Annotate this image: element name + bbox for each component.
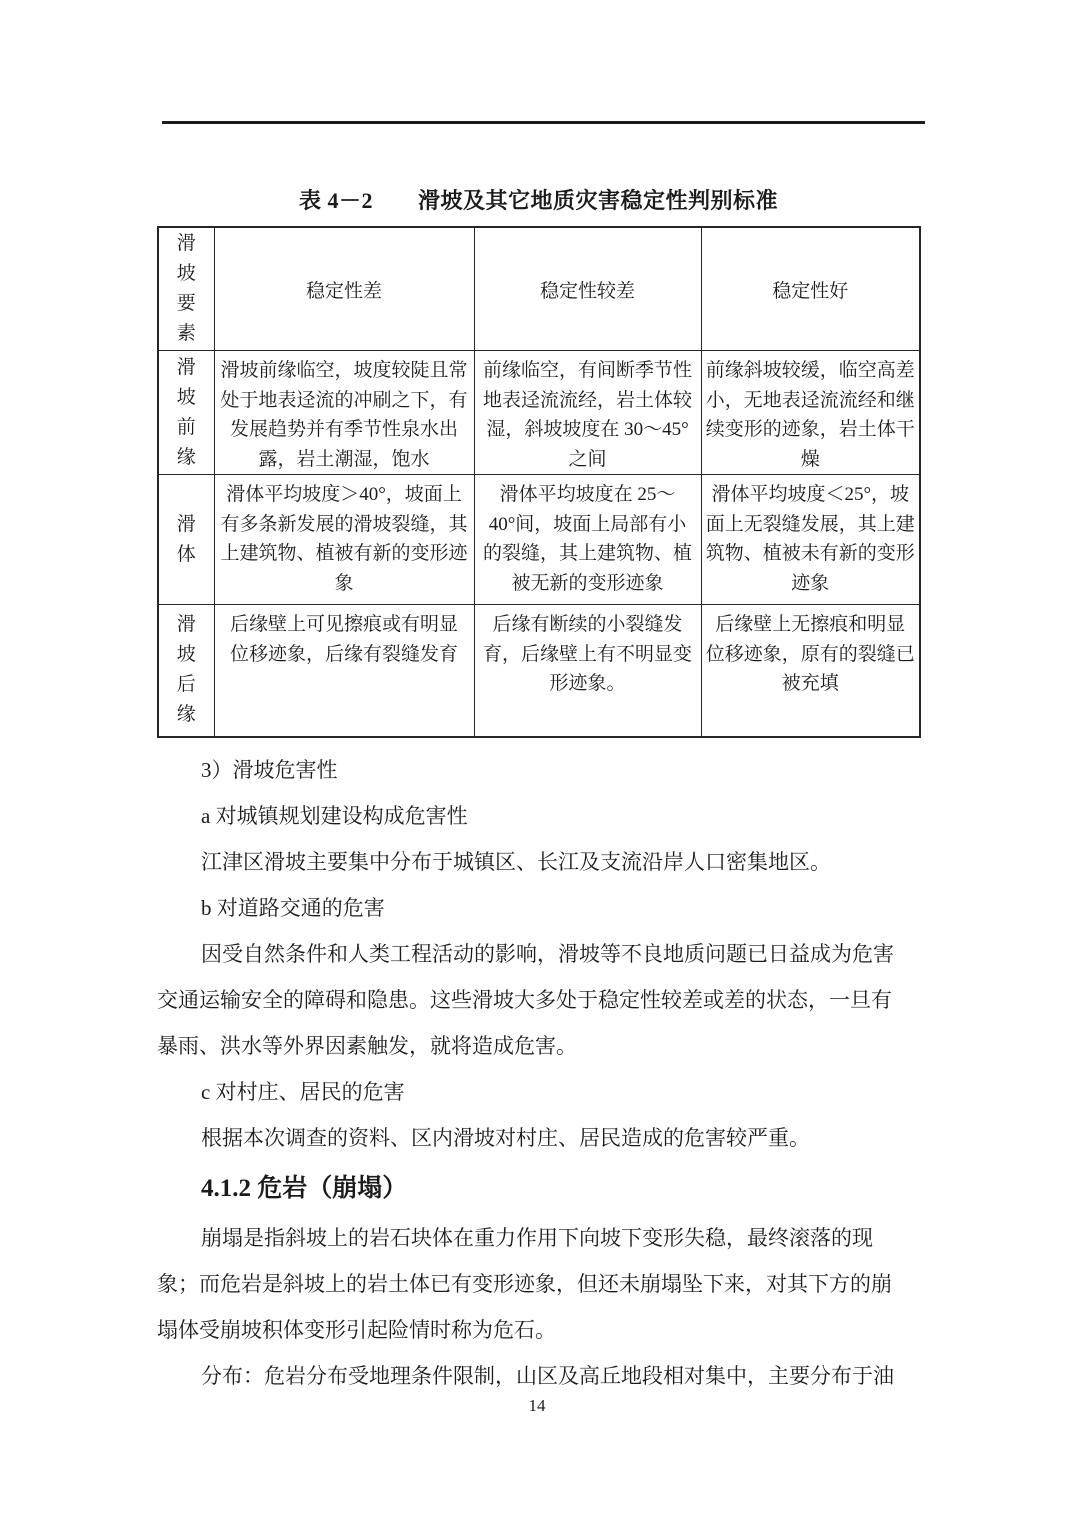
cell-front-edge-fair: 前缘临空，有间断季节性 地表迳流流经，岩土体较 湿，斜坡坡度在 30～45° 之… [474,351,701,475]
paragraph-village-hazard: 根据本次调查的资料、区内滑坡对村庄、居民造成的危害较严重。 [157,1115,920,1161]
cell-slide-body-poor: 滑体平均坡度＞40°，坡面上 有多条新发展的滑坡裂缝，其 上建筑物、植被有新的变… [214,475,474,605]
paragraph-traffic-hazard: 因受自然条件和人类工程活动的影响，滑坡等不良地质问题已日益成为危害 交通运输安全… [157,931,920,1069]
cell-front-edge-poor: 滑坡前缘临空，坡度较陡且常 处于地表迳流的冲刷之下，有 发展趋势并有季节性泉水出… [214,351,474,475]
paragraph-item-c: c 对村庄、居民的危害 [157,1069,920,1115]
paragraph-town-distribution: 江津区滑坡主要集中分布于城镇区、长江及支流沿岸人口密集地区。 [157,839,920,885]
paragraph-collapse-definition: 崩塌是指斜坡上的岩石块体在重力作用下向坡下变形失稳，最终滚落的现 象；而危岩是斜… [157,1215,920,1353]
paragraph-distribution: 分布：危岩分布受地理条件限制，山区及高丘地段相对集中，主要分布于油 [157,1353,920,1399]
page-number: 14 [0,1396,1074,1416]
header-cell-stability-poor: 稳定性差 [214,227,474,351]
cell-slide-body-fair: 滑体平均坡度在 25～ 40°间，坡面上局部有小 的裂缝，其上建筑物、植 被无新… [474,475,701,605]
row-label-front-edge: 滑 坡 前 缘 [158,351,214,475]
table-row-rear-edge: 滑 坡 后 缘 后缘壁上可见擦痕或有明显 位移迹象，后缘有裂缝发育 后缘有断续的… [158,605,920,737]
cell-front-edge-good: 前缘斜坡较缓，临空高差 小，无地表迳流流经和继 续变形的迹象，岩土体干 燥 [701,351,920,475]
header-cell-slope-elements: 滑 坡 要 素 [158,227,214,351]
paragraph-item-b: b 对道路交通的危害 [157,885,920,931]
cell-slide-body-good: 滑体平均坡度＜25°，坡 面上无裂缝发展，其上建 筑物、植被未有新的变形 迹象 [701,475,920,605]
cell-rear-edge-poor: 后缘壁上可见擦痕或有明显 位移迹象，后缘有裂缝发育 [214,605,474,737]
paragraph-item-a: a 对城镇规划建设构成危害性 [157,793,920,839]
table-title: 表 4－2 滑坡及其它地质灾害稳定性判别标准 [157,184,920,215]
body-text: 3）滑坡危害性 a 对城镇规划建设构成危害性 江津区滑坡主要集中分布于城镇区、长… [157,747,920,1399]
table-row-slide-body: 滑 体 滑体平均坡度＞40°，坡面上 有多条新发展的滑坡裂缝，其 上建筑物、植被… [158,475,920,605]
row-label-rear-edge: 滑 坡 后 缘 [158,605,214,737]
header-cell-stability-fair: 稳定性较差 [474,227,701,351]
table-header-row: 滑 坡 要 素 稳定性差 稳定性较差 稳定性好 [158,227,920,351]
header-cell-stability-good: 稳定性好 [701,227,920,351]
cell-rear-edge-fair: 后缘有断续的小裂缝发 育，后缘壁上有不明显变 形迹象。 [474,605,701,737]
page-content: 表 4－2 滑坡及其它地质灾害稳定性判别标准 滑 坡 要 素 稳定性差 稳定性较… [157,0,920,1399]
table-row-front-edge: 滑 坡 前 缘 滑坡前缘临空，坡度较陡且常 处于地表迳流的冲刷之下，有 发展趋势… [158,351,920,475]
stability-criteria-table: 滑 坡 要 素 稳定性差 稳定性较差 稳定性好 滑 坡 前 缘 滑坡前缘临空，坡… [157,226,921,738]
row-label-slide-body: 滑 体 [158,475,214,605]
paragraph-slope-hazard-heading: 3）滑坡危害性 [157,747,920,793]
section-heading-4-1-2: 4.1.2 危岩（崩塌） [157,1163,920,1215]
document-page: 表 4－2 滑坡及其它地质灾害稳定性判别标准 滑 坡 要 素 稳定性差 稳定性较… [0,0,1074,1520]
cell-rear-edge-good: 后缘壁上无擦痕和明显 位移迹象，原有的裂缝已 被充填 [701,605,920,737]
